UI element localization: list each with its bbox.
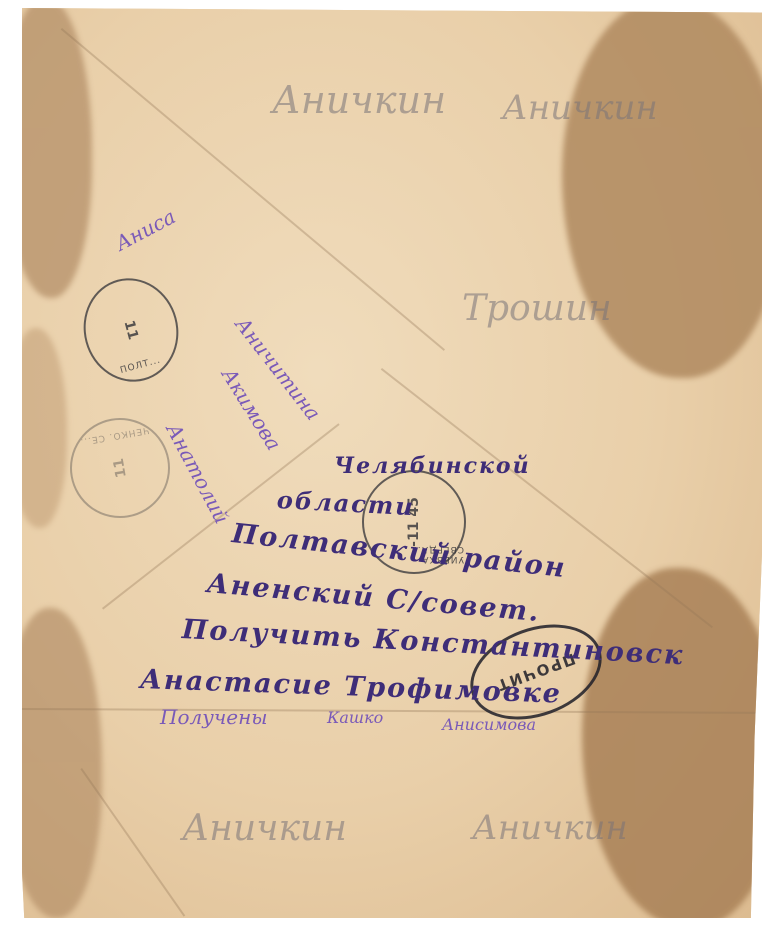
pencil-signature: Аничкин xyxy=(472,808,628,848)
pencil-signature: Аничкин xyxy=(502,88,658,128)
pencil-signature: Аничкин xyxy=(272,78,446,122)
water-stain-left xyxy=(2,0,92,298)
postmark: ПОЛТ... 11 xyxy=(72,268,190,393)
received-note: Получены xyxy=(160,705,268,729)
water-stain-bottom-right xyxy=(582,568,768,926)
signature: Анисимова xyxy=(442,715,536,734)
address-line-oblast: области xyxy=(276,485,415,521)
letter-paper: Аничкин Аничкин Трошин Аничкин Аничкин П… xyxy=(22,8,762,918)
signature: Аниса xyxy=(111,204,179,255)
signature: Кашко xyxy=(327,708,383,727)
signature: Анатолий xyxy=(161,419,234,527)
water-stain-bottom-left xyxy=(2,608,102,918)
pencil-signature: Трошин xyxy=(462,288,612,329)
water-stain-left-mid xyxy=(7,328,67,528)
address-line-region: Челябинской xyxy=(334,453,531,479)
pencil-signature: Аничкин xyxy=(182,808,347,849)
postmark: ЧЕНКО. СЕ... 11 xyxy=(62,410,178,526)
